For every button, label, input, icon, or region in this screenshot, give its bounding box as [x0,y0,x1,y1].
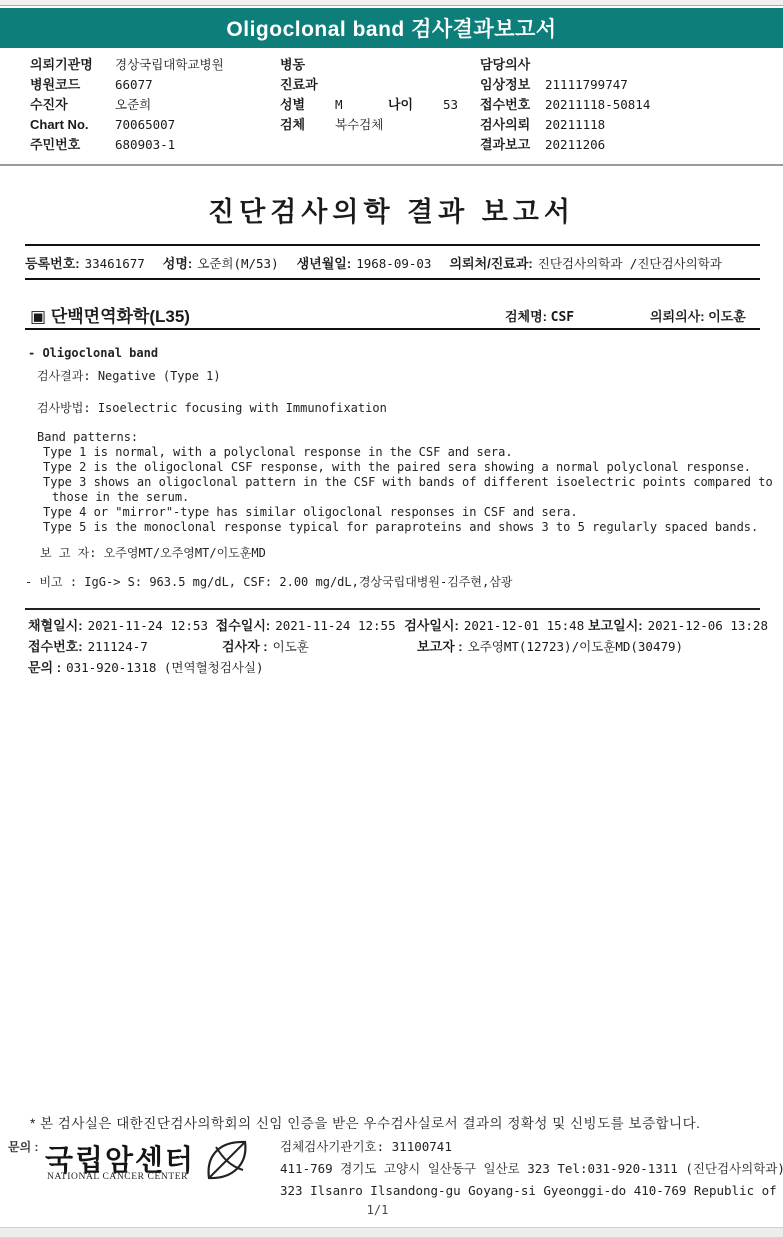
field-value: 20211118-50814 [545,97,650,112]
field-value: 20211206 [545,137,605,152]
field-value: 복수검체 [335,117,383,132]
reg-label: 의뢰처/진료과: [449,256,532,271]
bottom-window-strip [0,1227,783,1237]
footer-row-contact: 문의 :031-920-1318 (면역혈청검사실) [28,657,768,678]
field-value: 20211118 [545,117,605,132]
top-window-strip [0,0,783,6]
field-test-request-date: 검사의뢰20211118 [480,115,770,135]
footer-info-rows: 채혈일시:2021-11-24 12:53 접수일시:2021-11-24 12… [28,615,768,678]
result-block: - Oligoclonal band 검사결과: Negative (Type … [25,346,765,590]
page-number: 1/1 [0,1203,755,1217]
footer-label: 보고일시: [588,618,643,633]
reg-value: 1968-09-03 [356,256,431,271]
report-title: Oligoclonal band 검사결과보고서 [226,13,556,43]
field-value: 680903-1 [115,137,175,152]
footer-label: 접수번호: [28,639,83,654]
reg-value: 오준희(M/53) [197,256,278,271]
field-ward: 병동 [280,55,475,75]
reg-registration-no: 등록번호:33461677 [25,253,145,272]
section-marker-icon: ▣ [30,307,46,326]
test-result-line: 검사결과: Negative (Type 1) [25,369,765,384]
ref-doctor-value: 이도훈 [708,309,746,324]
footer-label: 채혈일시: [28,618,83,633]
report-title-bar: Oligoclonal band 검사결과보고서 [0,8,783,48]
footer-value: 이도훈 [273,639,309,654]
organization-address-block: 검체검사기관기호: 31100741 411-769 경기도 고양시 일산동구 … [280,1136,780,1202]
field-value: 70065007 [115,117,175,132]
address-korean-line: 411-769 경기도 고양시 일산동구 일산로 323 Tel:031-920… [280,1158,780,1180]
reg-label: 성명: [163,256,192,271]
field-label: 수진자 [30,95,115,115]
field-value-age: 53 [443,97,458,112]
test-method-line: 검사방법: Isoelectric focusing with Immunofi… [25,401,765,416]
field-requesting-org: 의뢰기관명경상국립대학교병원 [30,55,275,75]
patient-info-middle-column: 병동 진료과 성별M나이53 검체복수검체 [280,55,475,135]
footer-row-dates: 채혈일시:2021-11-24 12:53 접수일시:2021-11-24 12… [28,615,768,636]
field-label: 의뢰기관명 [30,55,115,75]
band-pattern-type3-cont: those in the serum. [25,490,765,505]
field-patient-name: 수진자오준희 [30,95,275,115]
band-pattern-type2: Type 2 is the oligoclonal CSF response, … [25,460,765,475]
field-resident-no: 주민번호680903-1 [30,135,275,155]
patient-info-section: 의뢰기관명경상국립대학교병원 병원코드66077 수진자오준희 Chart No… [0,55,783,160]
section-title: ▣ 단백면역화학(L35) [30,302,190,327]
field-value-sex: M [335,95,388,115]
specimen-label: 검체명: [505,309,547,324]
footer-label: 검사일시: [404,618,459,633]
field-label: 임상정보 [480,75,545,95]
reporter-line: 보 고 자: 오주영MT/오주영MT/이도훈MD [25,546,765,561]
specimen-value: CSF [551,310,574,325]
reg-value: 진단검사의학과 /진단검사의학과 [538,256,722,271]
field-label: 검체 [280,115,335,135]
section-title-text: 단백면역화학(L35) [51,307,190,326]
field-sex-age: 성별M나이53 [280,95,475,115]
address-english-line: 323 Ilsanro Ilsandong-gu Goyang-si Gyeon… [280,1180,780,1202]
field-specimen: 검체복수검체 [280,115,475,135]
field-value: 21111799747 [545,77,628,92]
footer-label: 접수일시: [216,618,271,633]
field-hospital-code: 병원코드66077 [30,75,275,95]
band-pattern-type3: Type 3 shows an oligoclonal pattern in t… [25,475,765,490]
ref-doctor-label: 의뢰의사: [650,309,705,324]
leaf-icon [203,1136,251,1189]
footer-divider [25,608,760,610]
field-label: 병동 [280,55,335,75]
examiner: 검사자 :이도훈 [222,636,417,657]
reg-value: 33461677 [85,256,145,271]
reporter: 보고자 :오주영MT(12723)/이도훈MD(30479) [417,636,683,657]
test-section-header: ▣ 단백면역화학(L35) 검체명: CSF 의뢰의사: 이도훈 [25,300,760,330]
band-pattern-type1: Type 1 is normal, with a polyclonal resp… [25,445,765,460]
field-value: 경상국립대학교병원 [115,57,224,72]
patient-info-right-column: 담당의사 임상정보21111799747 접수번호20211118-50814 … [480,55,770,155]
field-value: 오준희 [115,97,151,112]
reg-label: 생년월일: [297,256,352,271]
reg-patient-name: 성명:오준희(M/53) [163,253,279,272]
logo-english-text: NATIONAL CANCER CENTER [47,1172,188,1182]
band-pattern-type5: Type 5 is the monoclonal response typica… [25,520,765,535]
field-label: 담당의사 [480,55,545,75]
section-specimen: 검체명: CSF [505,306,574,325]
field-clinical-info: 임상정보21111799747 [480,75,770,95]
footer-value: 2021-11-24 12:55 [275,618,395,633]
test-name-line: - Oligoclonal band [25,346,765,361]
reg-label: 등록번호: [25,256,80,271]
test-datetime: 검사일시:2021-12-01 15:48 [404,615,588,636]
field-label: Chart No. [30,115,115,135]
footer-label: 보고자 : [417,639,463,654]
field-result-report-date: 결과보고20211206 [480,135,770,155]
band-pattern-type4: Type 4 or "mirror"-type has similar olig… [25,505,765,520]
field-value: 66077 [115,77,153,92]
footer-row-staff: 접수번호:211124-7 검사자 :이도훈 보고자 :오주영MT(12723)… [28,636,768,657]
footer-value: 2021-11-24 12:53 [88,618,208,633]
field-attending-doctor: 담당의사 [480,55,770,75]
patient-info-left-column: 의뢰기관명경상국립대학교병원 병원코드66077 수진자오준희 Chart No… [30,55,275,155]
footer-value: 211124-7 [88,639,148,654]
reg-birth-date: 생년월일:1968-09-03 [297,253,432,272]
field-label: 병원코드 [30,75,115,95]
horizontal-divider [0,164,783,166]
report-main-title: 진단검사의학 결과 보고서 [0,190,783,229]
field-chart-no: Chart No.70065007 [30,115,275,135]
footer-value: 2021-12-01 15:48 [464,618,584,633]
collection-datetime: 채혈일시:2021-11-24 12:53 [28,615,216,636]
registration-bar: 등록번호:33461677 성명:오준희(M/53) 생년월일:1968-09-… [25,244,760,280]
receipt-number: 접수번호:211124-7 [28,636,222,657]
field-label: 진료과 [280,75,335,95]
field-label-age: 나이 [388,95,443,115]
field-accession-no: 접수번호20211118-50814 [480,95,770,115]
footer-label: 검사자 : [222,639,268,654]
receipt-datetime: 접수일시:2021-11-24 12:55 [216,615,405,636]
field-label: 결과보고 [480,135,545,155]
section-ref-doctor: 의뢰의사: 이도훈 [650,306,746,325]
national-cancer-center-logo: 국립암센터 NATIONAL CANCER CENTER [25,1138,250,1190]
footer-value: 2021-12-06 13:28 [648,618,768,633]
note-line: - 비고 : IgG-> S: 963.5 mg/dL, CSF: 2.00 m… [25,575,765,590]
field-label: 성별 [280,95,335,115]
org-code-line: 검체검사기관기호: 31100741 [280,1136,780,1158]
field-department: 진료과 [280,75,475,95]
report-datetime: 보고일시:2021-12-06 13:28 [588,615,768,636]
reg-referring-dept: 의뢰처/진료과:진단검사의학과 /진단검사의학과 [449,253,721,272]
footer-label: 문의 : [28,660,61,675]
field-label: 접수번호 [480,95,545,115]
contact-phone: 문의 :031-920-1318 (면역혈청검사실) [28,657,263,678]
field-label: 검사의뢰 [480,115,545,135]
footer-value: 031-920-1318 (면역혈청검사실) [66,660,263,675]
band-patterns-heading: Band patterns: [25,430,765,445]
field-label: 주민번호 [30,135,115,155]
footer-value: 오주영MT(12723)/이도훈MD(30479) [468,639,683,654]
accreditation-disclaimer: * 본 검사실은 대한진단검사의학회의 신임 인증을 받은 우수검사실로서 결과… [30,1112,770,1132]
